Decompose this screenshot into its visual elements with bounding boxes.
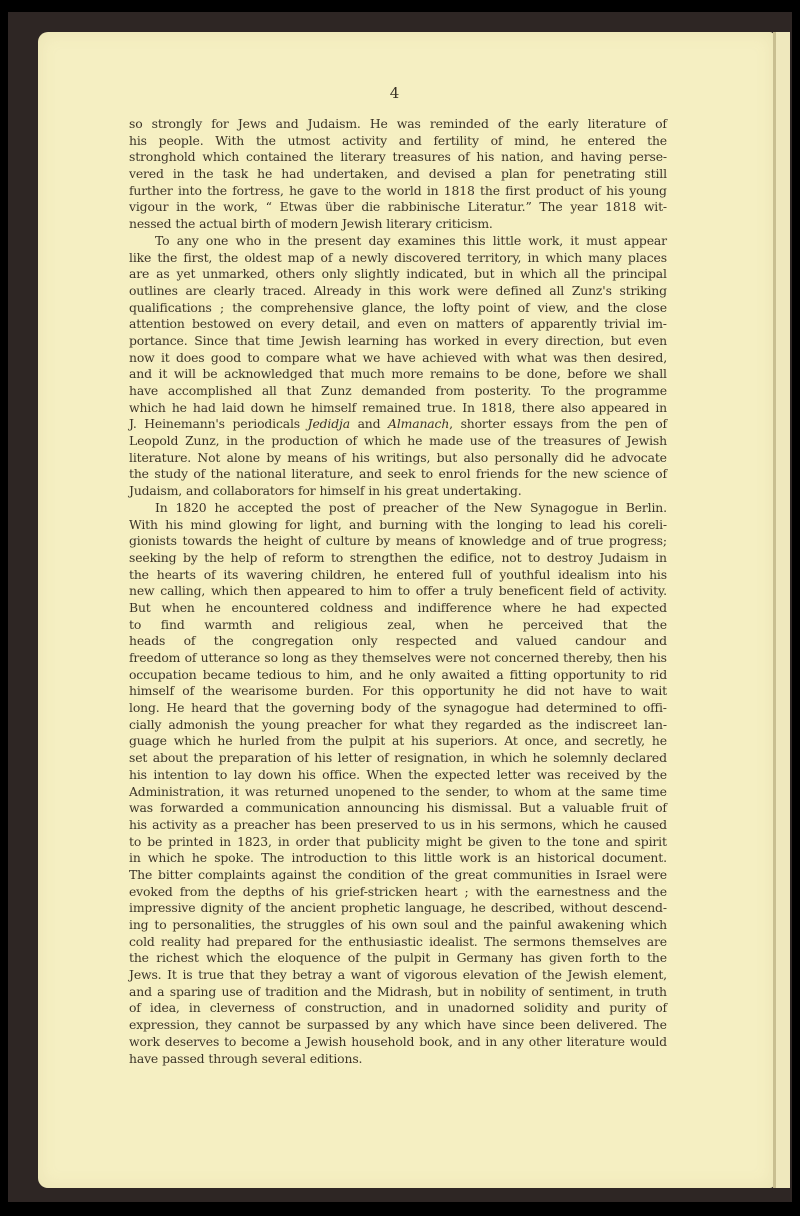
- adjacent-page-edge: [776, 32, 790, 1188]
- text-line: ciallyadmonishtheyoungpreacherforwhatthe…: [129, 717, 667, 734]
- page-number: 4: [0, 84, 800, 102]
- text-line: areasyetunmarked,othersonlyslightlyindic…: [129, 266, 667, 283]
- text-line: inwhichhespoke.Theintroductiontothislitt…: [129, 850, 667, 867]
- text-line: expression,theycannotbesurpassedbyanywhi…: [129, 1017, 667, 1034]
- text-line: sostronglyforJewsandJudaism.Hewasreminde…: [129, 116, 667, 133]
- text-line: impressivedignityoftheancientpropheticla…: [129, 900, 667, 917]
- text-line: ofidea,inclevernessofconstruction,andinu…: [129, 1000, 667, 1017]
- text-line: whichhehadlaiddownhehimselfremainedtrue.…: [129, 400, 667, 417]
- text-line: headsofthecongregationonlyrespectedandva…: [129, 633, 667, 650]
- text-line: Administration,itwasreturnedunopenedtoth…: [129, 784, 667, 801]
- text-line: hisactivityasapreacherhasbeenpreservedto…: [129, 817, 667, 834]
- text-line: thestudyofthenationalliterature,andseekt…: [129, 466, 667, 483]
- text-line: vigourinthework,“Etwasüberdierabbinische…: [129, 199, 667, 216]
- text-line: coldrealityhadpreparedfortheenthusiastic…: [129, 934, 667, 951]
- text-line: himselfofthewearisomeburden.Forthisoppor…: [129, 683, 667, 700]
- paragraph: sostronglyforJewsandJudaism.Hewasreminde…: [129, 116, 667, 233]
- text-line: outlinesareclearlytraced.Alreadyinthiswo…: [129, 283, 667, 300]
- text-line: havepassedthroughseveraleditions.: [129, 1051, 667, 1068]
- text-line: veredinthetaskhehadundertaken,anddevised…: [129, 166, 667, 183]
- text-line: Toanyonewhointhepresentdayexaminesthisli…: [129, 233, 667, 250]
- text-line: haveaccomplishedallthatZunzdemandedfromp…: [129, 383, 667, 400]
- text-line: strongholdwhichcontainedtheliterarytreas…: [129, 149, 667, 166]
- text-line: In1820heacceptedthepostofpreacheroftheNe…: [129, 500, 667, 517]
- paragraph: In1820heacceptedthepostofpreacheroftheNe…: [129, 500, 667, 1067]
- text-line: likethefirst,theoldestmapofanewlydiscove…: [129, 250, 667, 267]
- paragraph: Toanyonewhointhepresentdayexaminesthisli…: [129, 233, 667, 500]
- text-line: gioniststowardstheheightofculturebymeans…: [129, 533, 667, 550]
- body-text: sostronglyforJewsandJudaism.Hewasreminde…: [129, 116, 667, 1067]
- text-line: therichestwhichtheeloquenceofthepulpitin…: [129, 950, 667, 967]
- text-line: guagewhichhehurledfromthepulpitathissupe…: [129, 733, 667, 750]
- text-line: Thebittercomplaintsagainsttheconditionof…: [129, 867, 667, 884]
- text-line: evokedfromthedepthsofhisgrief-strickenhe…: [129, 884, 667, 901]
- text-line: seekingbythehelpofreformtostrengthenthee…: [129, 550, 667, 567]
- text-line: J.Heinemann'speriodicalsJedidjaandAlmana…: [129, 416, 667, 433]
- text-line: freedomofutterancesolongastheythemselves…: [129, 650, 667, 667]
- text-line: furtherintothefortress,hegavetotheworldi…: [129, 183, 667, 200]
- text-line: attentionbestowedoneverydetail,andevenon…: [129, 316, 667, 333]
- text-line: Butwhenheencounteredcoldnessandindiffere…: [129, 600, 667, 617]
- text-line: Withhismindglowingforlight,andburningwit…: [129, 517, 667, 534]
- text-line: tobeprintedin1823,inorderthatpublicitymi…: [129, 834, 667, 851]
- text-line: setaboutthepreparationofhisletterofresig…: [129, 750, 667, 767]
- text-line: theheartsofitswaveringchildren,heentered…: [129, 567, 667, 584]
- text-line: nessedtheactualbirthofmodernJewishlitera…: [129, 216, 667, 233]
- text-line: newcalling,whichthenappearedtohimtooffer…: [129, 583, 667, 600]
- text-line: qualifications;thecomprehensiveglance,th…: [129, 300, 667, 317]
- text-line: Jews.Itistruethattheybetrayawantofvigoro…: [129, 967, 667, 984]
- text-line: literature.Notalonebymeansofhiswritings,…: [129, 450, 667, 467]
- text-line: hisintentiontolaydownhisoffice.Whentheex…: [129, 767, 667, 784]
- text-line: workdeservestobecomeaJewishhouseholdbook…: [129, 1034, 667, 1051]
- scan-frame: 4 sostronglyforJewsandJudaism.Hewasremin…: [0, 0, 800, 1216]
- text-line: tofindwarmthandreligiouszeal,whenheperce…: [129, 617, 667, 634]
- text-line: LeopoldZunz,intheproductionofwhichhemade…: [129, 433, 667, 450]
- text-line: wasforwardedacommunicationannouncinghisd…: [129, 800, 667, 817]
- text-line: portance.SincethattimeJewishlearninghasw…: [129, 333, 667, 350]
- text-line: long.Heheardthatthegoverningbodyofthesyn…: [129, 700, 667, 717]
- text-line: ingtopersonalities,thestrugglesofhisowns…: [129, 917, 667, 934]
- text-line: occupationbecametedioustohim,andheonlyaw…: [129, 667, 667, 684]
- text-line: hispeople.Withtheutmostactivityandfertil…: [129, 133, 667, 150]
- text-line: nowitdoesgoodtocomparewhatwehaveachieved…: [129, 350, 667, 367]
- text-line: andasparinguseoftraditionandtheMidrash,b…: [129, 984, 667, 1001]
- text-line: Judaism,andcollaboratorsforhimselfinhisg…: [129, 483, 667, 500]
- text-line: anditwillbeacknowledgedthatmuchmoreremai…: [129, 366, 667, 383]
